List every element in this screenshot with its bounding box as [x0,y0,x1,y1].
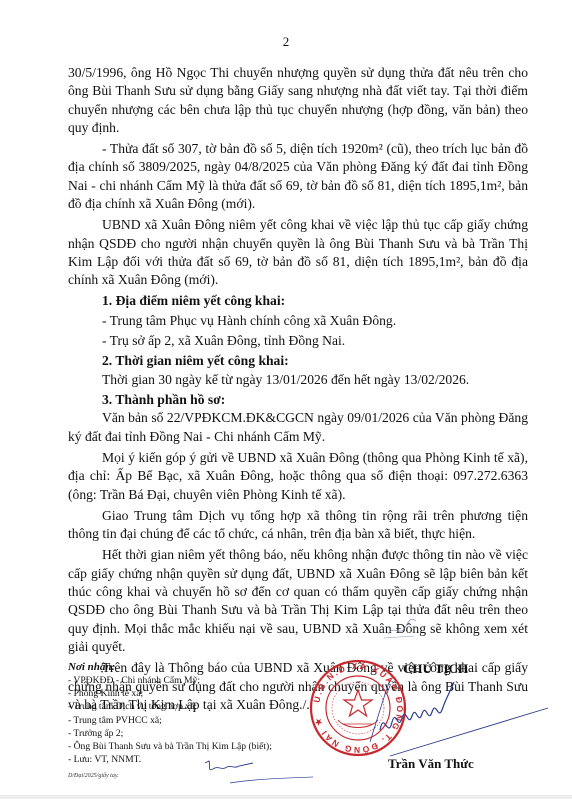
recipient-item: - Trung tâm PVHCC xã; [68,714,272,727]
paragraph-posting-period: Thời gian 30 ngày kể từ ngày 13/01/2026 … [68,371,528,389]
recipient-item: - Trung tâm Dịch vụ tổng hợp xã; [68,700,272,713]
initials-mark-icon [380,616,420,641]
location-item: - Trụ sở ấp 2, xã Xuân Đông, tỉnh Đồng N… [68,332,528,350]
recipient-item: - VPĐKĐĐ - Chi nhánh Cẩm Mỹ; [68,674,272,687]
handwritten-signature-icon [370,670,550,760]
recipients-title: Nơi nhận: [68,661,272,674]
recipient-item: - Ông Bùi Thanh Sưu và bà Trần Thị Kim L… [68,740,272,753]
paragraph-transfer-history: 30/5/1996, ông Hồ Ngọc Thi chuyển nhượng… [68,64,528,137]
initials-signature-icon [195,757,315,787]
recipient-item: - Phòng Kinh tế xã; [68,687,272,700]
document-body: 30/5/1996, ông Hồ Ngọc Thi chuyển nhượng… [68,64,528,714]
paragraph-dossier: Văn bản số 22/VPĐKCM.ĐK&CGCN ngày 09/01/… [68,409,528,446]
signatory-title: CHỦ TỊCH [403,661,468,677]
paragraph-announcement: UBND xã Xuân Đông niêm yết công khai về … [68,216,528,289]
paragraph-conclusion: Hết thời gian niêm yết thông báo, nếu kh… [68,546,528,656]
paragraph-feedback: Mọi ý kiến góp ý gửi về UBND xã Xuân Đôn… [68,449,528,504]
paragraph-parcel-details: - Thửa đất số 307, tờ bản đồ số 5, diện … [68,140,528,213]
location-item: - Trung tâm Phục vụ Hành chính công xã X… [68,312,528,330]
heading-posting-period: 2. Thời gian niêm yết công khai: [68,352,528,370]
heading-posting-location: 1. Địa điểm niêm yết công khai: [68,292,528,310]
page-number: 2 [0,34,572,50]
paragraph-dissemination: Giao Trung tâm Dịch vụ tổng hợp xã thông… [68,507,528,544]
page-bottom-edge [0,795,572,799]
heading-dossier: 3. Thành phần hồ sơ: [68,391,528,409]
signatory-name: Trần Văn Thức [388,756,474,772]
recipient-item: - Trưởng ấp 2; [68,727,272,740]
